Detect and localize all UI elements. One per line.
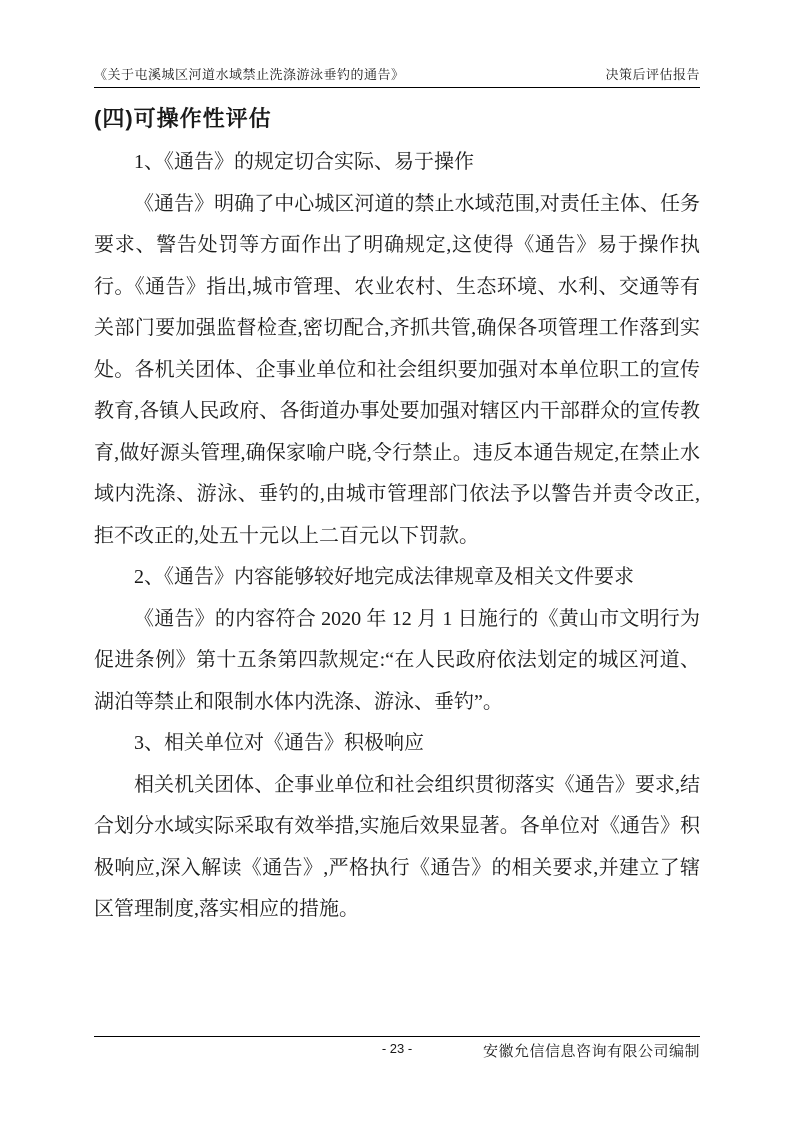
publisher-credit: 安徽允信信息咨询有限公司编制: [483, 1040, 700, 1061]
document-page: 《关于屯溪城区河道水域禁止洗涤游泳垂钓的通告》 决策后评估报告 (四)可操作性评…: [0, 0, 793, 1122]
header-report-type: 决策后评估报告: [605, 64, 700, 83]
header-doc-title: 《关于屯溪城区河道水域禁止洗涤游泳垂钓的通告》: [94, 64, 405, 83]
document-body: (四)可操作性评估 1、《通告》的规定切合实际、易于操作 《通告》明确了中心城区…: [94, 102, 700, 931]
subsection-title-3: 3、相关单位对《通告》积极响应: [94, 723, 700, 765]
page-number: - 23 -: [382, 1041, 412, 1056]
page-header: 《关于屯溪城区河道水域禁止洗涤游泳垂钓的通告》 决策后评估报告: [94, 64, 700, 88]
section-heading: (四)可操作性评估: [94, 102, 700, 136]
paragraph-2: 《通告》的内容符合 2020 年 12 月 1 日施行的《黄山市文明行为促进条例…: [94, 599, 700, 724]
paragraph-1: 《通告》明确了中心城区河道的禁止水域范围,对责任主体、任务要求、警告处罚等方面作…: [94, 184, 700, 558]
subsection-title-1: 1、《通告》的规定切合实际、易于操作: [94, 142, 700, 184]
subsection-title-2: 2、《通告》内容能够较好地完成法律规章及相关文件要求: [94, 557, 700, 599]
paragraph-3: 相关机关团体、企事业单位和社会组织贯彻落实《通告》要求,结合划分水域实际采取有效…: [94, 765, 700, 931]
page-footer: - 23 - 安徽允信信息咨询有限公司编制: [94, 1036, 700, 1064]
